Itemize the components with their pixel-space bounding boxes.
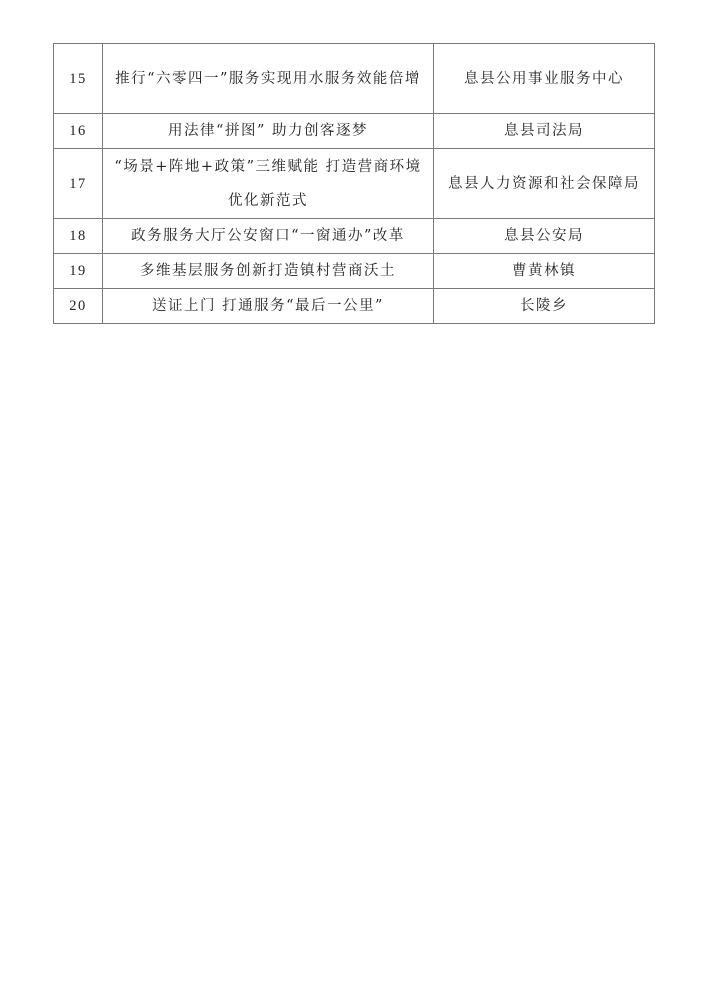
responsible-unit: 息县公安局 <box>434 219 655 254</box>
table-row: 20 送证上门 打通服务“最后一公里” 长陵乡 <box>54 289 655 324</box>
responsible-unit: 长陵乡 <box>434 289 655 324</box>
row-number: 19 <box>54 254 103 289</box>
table-row: 18 政务服务大厅公安窗口“一窗通办”改革 息县公安局 <box>54 219 655 254</box>
responsible-unit: 息县公用事业服务中心 <box>434 44 655 114</box>
row-number: 16 <box>54 114 103 149</box>
case-title: 多维基层服务创新打造镇村营商沃土 <box>103 254 434 289</box>
responsible-unit: 曹黄林镇 <box>434 254 655 289</box>
table-row: 16 用法律“拼图” 助力创客逐梦 息县司法局 <box>54 114 655 149</box>
case-title: 送证上门 打通服务“最后一公里” <box>103 289 434 324</box>
cases-table: 15 推行“六零四一”服务实现用水服务效能倍增 息县公用事业服务中心 16 用法… <box>53 43 655 324</box>
table-row: 15 推行“六零四一”服务实现用水服务效能倍增 息县公用事业服务中心 <box>54 44 655 114</box>
row-number: 18 <box>54 219 103 254</box>
case-title: 推行“六零四一”服务实现用水服务效能倍增 <box>103 44 434 114</box>
case-title: “场景+阵地+政策”三维赋能 打造营商环境优化新范式 <box>103 149 434 219</box>
table-row: 19 多维基层服务创新打造镇村营商沃土 曹黄林镇 <box>54 254 655 289</box>
row-number: 17 <box>54 149 103 219</box>
row-number: 15 <box>54 44 103 114</box>
case-title: 用法律“拼图” 助力创客逐梦 <box>103 114 434 149</box>
row-number: 20 <box>54 289 103 324</box>
table-row: 17 “场景+阵地+政策”三维赋能 打造营商环境优化新范式 息县人力资源和社会保… <box>54 149 655 219</box>
responsible-unit: 息县司法局 <box>434 114 655 149</box>
responsible-unit: 息县人力资源和社会保障局 <box>434 149 655 219</box>
case-title: 政务服务大厅公安窗口“一窗通办”改革 <box>103 219 434 254</box>
